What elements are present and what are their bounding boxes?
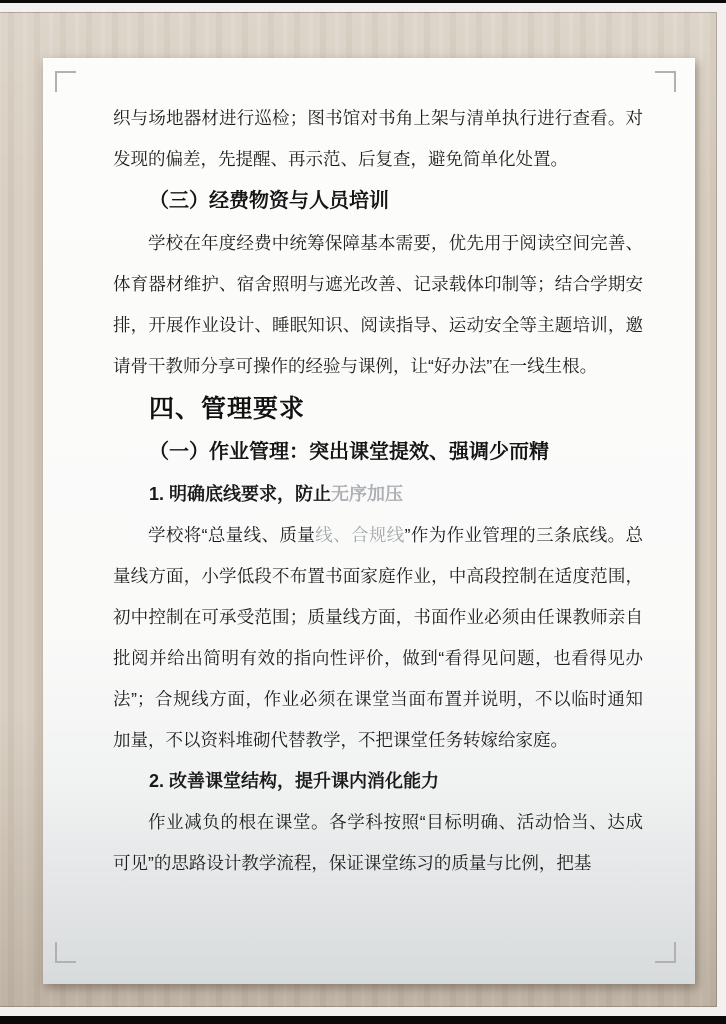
text-segment: （一）作业管理：突出课堂提效、强调少而精 xyxy=(149,441,549,463)
text-segment: ”作为作业管理的三条底线。总量线方面，小学低段不布置书面家庭作业，中高段控制在适… xyxy=(113,525,643,750)
text-segment: 四、管理要求 xyxy=(149,395,305,423)
text-segment: 2. 改善课堂结构，提升课内消化能力 xyxy=(149,771,439,791)
body-paragraph: 学校在年度经费中统筹保障基本需要，优先用于阅读空间完善、体育器材维护、宿舍照明与… xyxy=(113,223,643,387)
text-segment: 作业减负的根在课堂。各学科按照“目标明确、活动恰当、达成可见”的思路设计教学流程… xyxy=(113,812,643,873)
heading-sub: （一）作业管理：突出课堂提效、强调少而精 xyxy=(149,431,643,474)
crop-mark-bottom-left xyxy=(55,942,76,963)
dim-text-segment: 无序加压 xyxy=(331,484,403,504)
heading-num: 1. 明确底线要求，防止无序加压 xyxy=(149,474,643,515)
heading-num: 2. 改善课堂结构，提升课内消化能力 xyxy=(149,761,643,802)
text-segment: 学校将“总量线、质量 xyxy=(148,525,315,545)
text-segment: 织与场地器材进行巡检；图书馆对书角上架与清单执行进行查看。对发现的偏差，先提醒、… xyxy=(113,108,643,169)
crop-mark-top-right xyxy=(655,71,676,92)
text-segment: （三）经费物资与人员培训 xyxy=(149,190,389,212)
text-segment: 1. 明确底线要求，防止 xyxy=(149,484,331,504)
photo-background: 织与场地器材进行巡检；图书馆对书角上架与清单执行进行查看。对发现的偏差，先提醒、… xyxy=(0,3,726,1016)
document-content: 织与场地器材进行巡检；图书馆对书角上架与清单执行进行查看。对发现的偏差，先提醒、… xyxy=(113,98,643,884)
heading-main: 四、管理要求 xyxy=(149,387,643,431)
crop-mark-bottom-right xyxy=(655,942,676,963)
body-paragraph: 学校将“总量线、质量线、合规线”作为作业管理的三条底线。总量线方面，小学低段不布… xyxy=(113,515,643,761)
heading-sub: （三）经费物资与人员培训 xyxy=(149,180,643,223)
text-segment: 学校在年度经费中统筹保障基本需要，优先用于阅读空间完善、体育器材维护、宿舍照明与… xyxy=(113,233,643,376)
body-paragraph: 作业减负的根在课堂。各学科按照“目标明确、活动恰当、达成可见”的思路设计教学流程… xyxy=(113,802,643,884)
dim-text-segment: 线、合规线 xyxy=(315,525,404,545)
crop-mark-top-left xyxy=(55,71,76,92)
document-page: 织与场地器材进行巡检；图书馆对书角上架与清单执行进行查看。对发现的偏差，先提醒、… xyxy=(43,58,695,984)
body-paragraph: 织与场地器材进行巡检；图书馆对书角上架与清单执行进行查看。对发现的偏差，先提醒、… xyxy=(113,98,643,180)
